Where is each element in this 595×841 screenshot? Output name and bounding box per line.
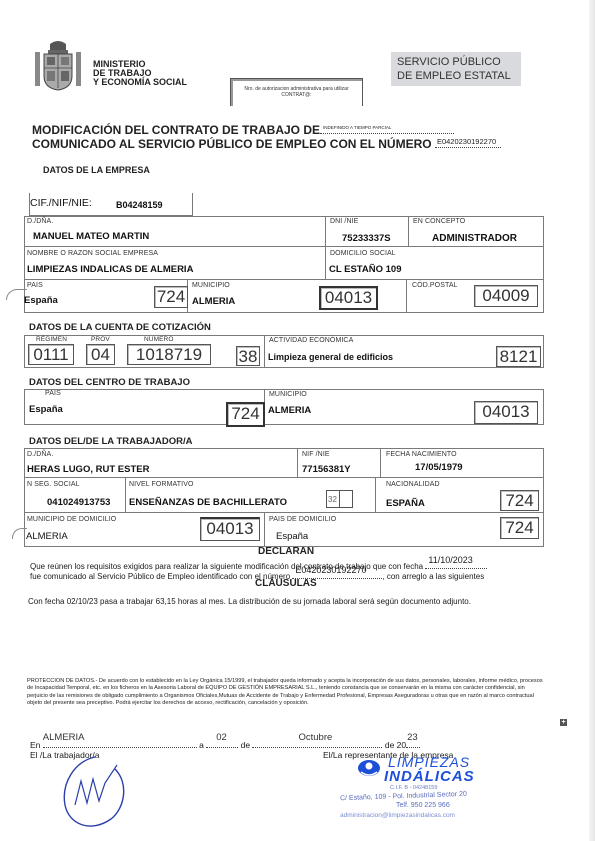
year-value: 23 — [407, 732, 418, 743]
signature-place-date: En ALMERIA a 02 de Octubre de 2023 — [30, 738, 420, 750]
numero-label: NUMERO — [144, 336, 174, 343]
stamp-phone: Telf. 950 225 966 — [396, 802, 450, 809]
concept-label: EN CONCEPTO — [413, 218, 465, 225]
worker-nif-value: 77156381Y — [302, 464, 351, 475]
activity-code: 8121 — [496, 346, 541, 367]
ss-label: N SEG. SOCIAL — [27, 481, 80, 488]
day-value: 02 — [216, 732, 227, 743]
municipality-code: 04013 — [319, 286, 378, 310]
worker-signature — [55, 753, 130, 833]
de-label: de — [241, 740, 250, 750]
sepe-line-1: SERVICIO PÚBLICO — [397, 55, 515, 69]
contract-type-value: INDEFINIDO A TIEMPO PARCIAL — [323, 121, 391, 135]
home-municipality-code: 04013 — [200, 517, 260, 541]
ministry-line-3: Y ECONOMÍA SOCIAL — [93, 78, 187, 87]
worker-name-label: D./DÑA. — [27, 451, 53, 458]
month-value: Octubre — [298, 732, 332, 743]
communication-date-value: 11/10/2023 — [428, 555, 472, 565]
stamp-email: administracion@limpiezasindalicas.com — [340, 812, 455, 819]
centro-country-value: España — [29, 404, 63, 415]
year-prefix: de 20 — [385, 740, 406, 750]
nationality-label: NACIONALIDAD — [386, 481, 440, 488]
cif-label: CIF./NIF/NIE: — [30, 197, 92, 209]
country-value: España — [24, 295, 58, 306]
clausulas-title: CLÁUSULAS — [255, 578, 317, 589]
numero-value: 1018719 — [127, 344, 211, 365]
stamp-brand-2: INDÁLICAS — [384, 768, 475, 785]
title-line-1: MODIFICACIÓN DEL CONTRATO DE TRABAJO DE — [32, 123, 320, 137]
home-municipality-value: ALMERIA — [26, 531, 68, 542]
company-stamp: LIMPIEZAS INDÁLICAS C.I.F. B - 04248159 … — [340, 756, 540, 826]
communication-date-field: 11/10/2023 — [425, 559, 487, 569]
page-edge — [589, 0, 595, 841]
title-line-2: COMUNICADO AL SERVICIO PÚBLICO DE EMPLEO… — [32, 137, 432, 151]
postal-label: CÓD.POSTAL — [412, 282, 458, 289]
birth-value: 17/05/1979 — [415, 462, 463, 473]
document-title: MODIFICACIÓN DEL CONTRATO DE TRABAJO DEI… — [32, 123, 501, 151]
a-label: a — [199, 740, 204, 750]
cif-value: B04248159 — [116, 200, 163, 210]
section-cotizacion-title: DATOS DE LA CUENTA DE COTIZACIÓN — [29, 322, 211, 333]
activity-label: ACTIVIDAD ECONÓMICA — [269, 337, 353, 344]
representative-value: MANUEL MATEO MARTIN — [33, 231, 149, 242]
centro-municipality-label: MUNICIPIO — [269, 391, 307, 398]
coat-of-arms-icon — [33, 38, 83, 92]
home-country-value: España — [276, 531, 308, 542]
place-field: ALMERIA — [43, 738, 197, 748]
birth-label: FECHA NACIMIENTO — [386, 451, 457, 458]
municipality-label: MUNICIPIO — [192, 282, 230, 289]
activity-value: Limpieza general de edificios — [268, 352, 393, 362]
month-field: Octubre — [252, 738, 382, 748]
address-value: CL ESTAÑO 109 — [329, 264, 402, 275]
sepe-line-2: DE EMPLEO ESTATAL — [397, 69, 515, 83]
prov-label: PROV — [91, 336, 110, 343]
education-label: NIVEL FORMATIVO — [129, 481, 194, 488]
address-label: DOMICILIO SOCIAL — [330, 250, 396, 257]
country-code: 724 — [154, 286, 188, 308]
postal-code: 04009 — [474, 285, 538, 307]
section-centro-title: DATOS DEL CENTRO DE TRABAJO — [29, 377, 190, 388]
nationality-value: ESPAÑA — [386, 498, 425, 509]
contract-type-field: INDEFINIDO A TIEMPO PARCIAL — [320, 123, 454, 134]
regimen-label: RÉGIMEN — [36, 336, 67, 343]
worker-nif-label: NIF /NIE — [302, 451, 330, 458]
centro-country-label: PAIS — [45, 390, 61, 397]
country-label: PAIS — [27, 282, 43, 289]
ministry-name: MINISTERIO DE TRABAJO Y ECONOMÍA SOCIAL — [93, 60, 187, 87]
communication-number-value: E0420230192270 — [295, 565, 366, 575]
contract-number-value: E0420230192270 — [437, 135, 496, 149]
stamp-logo-icon — [357, 758, 381, 778]
representative-label: D./DÑA. — [27, 218, 53, 225]
section-empresa-title: DATOS DE LA EMPRESA — [43, 165, 150, 175]
authorization-box: Nro. de autorizacion administrativa para… — [230, 78, 363, 106]
worker-name-value: HERAS LUGO, RUT ESTER — [27, 464, 149, 475]
ss-value: 041024913753 — [47, 497, 110, 508]
centro-country-code: 724 — [226, 402, 265, 427]
prov-value: 04 — [86, 344, 115, 365]
scan-mark-2 — [12, 528, 27, 539]
clausulas-text: Con fecha 02/10/23 pasa a trabajar 63,15… — [28, 597, 471, 606]
municipality-value: ALMERIA — [192, 296, 235, 307]
control-digits: 38 — [236, 346, 260, 366]
declaran-text-2: fue comunicado al Servicio Público de Em… — [30, 572, 290, 581]
centro-municipality-code: 04013 — [474, 401, 538, 424]
day-field: 02 — [206, 738, 238, 748]
year-field: 23 — [406, 738, 420, 748]
nationality-code: 724 — [500, 490, 539, 511]
declaran-title: DECLARAN — [258, 546, 314, 557]
en-label: En — [30, 740, 40, 750]
stamp-cif: C.I.F. B - 04248159 — [390, 785, 437, 791]
section-trabajador-title: DATOS DEL/DE LA TRABAJADOR/A — [29, 436, 192, 447]
scan-mark — [6, 289, 27, 300]
home-municipality-label: MUNICIPIO DE DOMICILIO — [27, 516, 116, 523]
education-value: ENSEÑANZAS DE BACHILLERATO — [129, 497, 287, 508]
expand-icon[interactable]: + — [560, 719, 567, 726]
stamp-address: C/ Estaño, 109 - Pol. Industrial Sector … — [340, 791, 467, 802]
authorization-label-2: CONTRAT@: — [231, 92, 362, 98]
education-code: 32 — [326, 490, 353, 508]
contract-number-field: E0420230192270 — [435, 137, 501, 148]
concept-value: ADMINISTRADOR — [432, 233, 517, 244]
company-name-value: LIMPIEZAS INDALICAS DE ALMERIA — [27, 264, 193, 275]
education-code-value: 32 — [328, 495, 337, 504]
sepe-logo-box: SERVICIO PÚBLICO DE EMPLEO ESTATAL — [391, 52, 521, 86]
privacy-notice: PROTECCION DE DATOS.- De acuerdo con lo … — [27, 678, 547, 708]
place-value: ALMERIA — [43, 732, 85, 743]
regimen-value: 0111 — [28, 344, 74, 365]
dni-value: 75233337S — [342, 233, 391, 244]
dni-label: DNI /NIE — [330, 218, 358, 225]
company-name-label: NOMBRE O RAZON SOCIAL EMPRESA — [27, 250, 158, 257]
centro-municipality-value: ALMERIA — [268, 405, 311, 416]
home-country-code: 724 — [500, 517, 539, 539]
home-country-label: PAIS DE DOMICILIO — [269, 516, 336, 523]
declaran-text-3: , con arreglo a las siguientes — [382, 572, 484, 581]
